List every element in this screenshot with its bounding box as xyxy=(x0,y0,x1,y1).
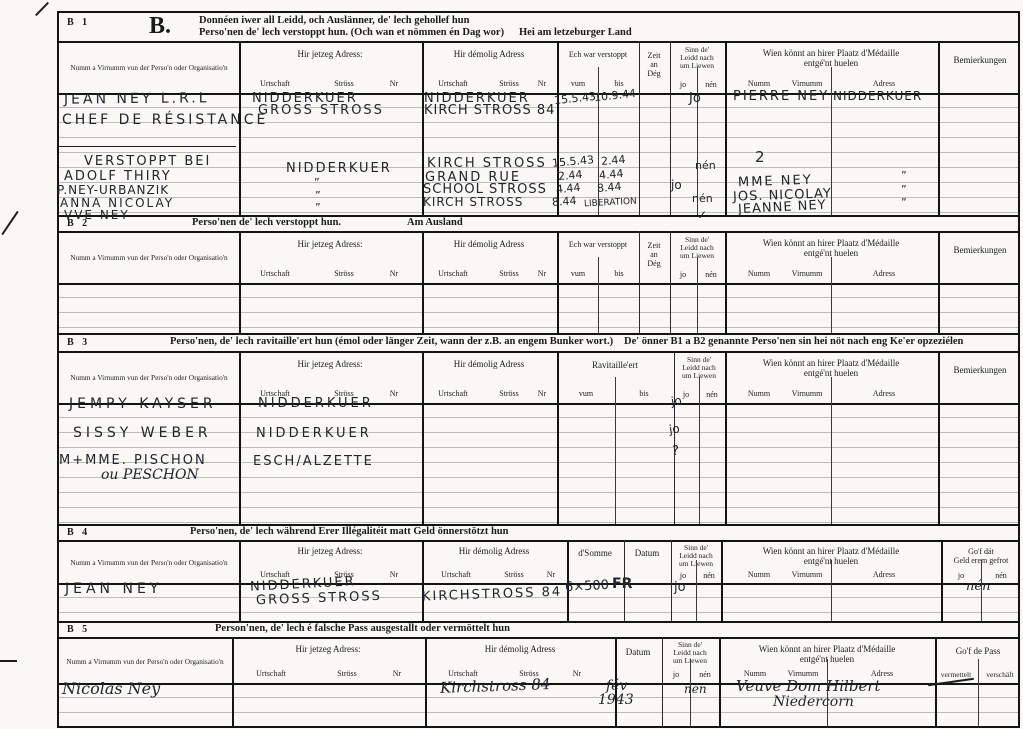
hw-b1-wien-ditto2: ” xyxy=(901,184,907,195)
b1-col-demolig-label: Hir démolig Adress xyxy=(454,49,525,59)
hw-b1-checkmark: ✓ xyxy=(697,209,707,221)
b4-title: Perso'nen, de' lech während Erer Illégal… xyxy=(190,526,508,537)
b2-demolig-nr: Nr xyxy=(538,269,546,278)
hw-b1-wien-ditto3: ” xyxy=(901,197,907,208)
b4-jetzeg-nr: Nr xyxy=(390,570,398,579)
hw-b3-sinn3: ? xyxy=(672,445,679,458)
hw-b3-jetzeg2: NIDDERKUER xyxy=(256,427,372,440)
b3-demolig-nr: Nr xyxy=(538,389,546,398)
hw-b1-row1-wien-adress: NIDDERKUER xyxy=(833,90,922,102)
b2-jetzeg-urtschaft: Urtschaft xyxy=(260,269,290,278)
b3-col-sinn-label: Sinn de'Leidd nachum Liewen xyxy=(682,356,716,380)
b1-jetzeg-stross: Ströss xyxy=(334,79,354,88)
hw-b5-wien-adress: Niedercorn xyxy=(773,695,854,709)
hw-b1-demolig-kirch: KIRCH STROSS xyxy=(427,157,547,170)
b1-jetzeg-urtschaft: Urtschaft xyxy=(260,79,290,88)
hw-b1-bis2: 2.44 xyxy=(601,154,626,167)
b2-col-wien-label1: Wien könnt an hirer Plaatz d'Médaille xyxy=(763,238,899,248)
b5-col-pass-label: Go'f de Pass xyxy=(956,646,1001,656)
b2-wien-numm: Numm xyxy=(748,269,770,278)
b3-jetzeg-nr: Nr xyxy=(390,389,398,398)
hw-b1-jetzeg-ditto3: ” xyxy=(315,202,321,213)
b3-wien-adress: Adress xyxy=(873,389,895,398)
b2-sinn-jo: jo xyxy=(680,270,686,279)
hw-b5-wien-name: Veuve Dom Hilbert xyxy=(736,679,881,694)
b4-sinn-nen: nén xyxy=(703,571,715,580)
b1-sinn-jo: jo xyxy=(680,80,686,89)
hw-b5-datum1: fév xyxy=(606,679,627,693)
b1-name-underline xyxy=(59,146,236,147)
b5-col-sinn-label: Sinn de'Leidd nachum Liewen xyxy=(673,641,707,665)
b5-col-jetzeg-label: Hir jetzeg Adress: xyxy=(296,644,361,654)
b3-sinn-jo: jo xyxy=(683,390,689,399)
b2-wien-adress: Adress xyxy=(873,269,895,278)
hw-b3-name-pischon: M+MME. PISCHON xyxy=(59,454,207,467)
b4-col-datum-label: Datum xyxy=(635,548,660,558)
b5-col-name-label: Numm a Virnumm vun der Perso'n oder Orga… xyxy=(66,657,223,666)
hw-b1-sinn-urbanzik: jo xyxy=(671,179,682,191)
b4-demolig-nr: Nr xyxy=(547,570,555,579)
b5-sinn-jo: jo xyxy=(673,670,679,679)
b4-col-wien-label2: entgé'nt huelen xyxy=(804,556,858,566)
hw-b4-geld-nen: nén xyxy=(966,580,990,593)
hw-b1-demolig-kirch2: KIRCH STROSS xyxy=(423,196,523,208)
b1-title-line1: Donnéen iwer all Leidd, och Auslänner, d… xyxy=(199,15,469,26)
b4-col-sinn-label: Sinn de'Leidd nachum Liewen xyxy=(679,544,713,568)
hw-b5-name: Nicolas Ney xyxy=(62,681,160,697)
hw-b1-wien-ditto1: ” xyxy=(901,170,907,181)
b2-title-right: Am Ausland xyxy=(407,217,463,228)
hw-b1-verstoppt-bei: VERSTOPPT BEI xyxy=(84,155,211,168)
b2-col-verstoppt-label: Ech war verstoppt xyxy=(569,240,627,249)
b5-col-wien-label2: entgé'nt huelen xyxy=(800,654,854,664)
b5-sinn-nen: nén xyxy=(699,670,711,679)
b5-jetzeg-stross: Ströss xyxy=(337,669,357,678)
b1-title-line2: Perso'nen de' lech verstoppt hun. (Och w… xyxy=(199,27,504,38)
b4-header-row: Numm a Virnumm vun der Perso'n oder Orga… xyxy=(59,542,1018,585)
b2-jetzeg-stross: Ströss xyxy=(334,269,354,278)
hw-b4-somme: 6×500 xyxy=(565,579,610,594)
b3-wien-numm: Numm xyxy=(748,389,770,398)
b2-bis: bis xyxy=(614,269,623,278)
b4-col-jetzeg-label: Hir jetzeg Adress: xyxy=(298,546,363,556)
b5-title-row: B 5 Person'nen, de' lech é falsche Pass … xyxy=(59,623,1018,639)
hw-b4-name: JEAN NEY xyxy=(65,582,162,596)
b4-geld-jo: jo xyxy=(958,571,964,580)
b4-wien-adress: Adress xyxy=(873,570,895,579)
b5-col-demolig-label: Hir démolig Adress xyxy=(485,644,556,654)
hw-b1-sinn-thiry: nén xyxy=(695,160,716,171)
hw-b1-vum2: 15.5.43 xyxy=(552,154,595,169)
hw-b1-name-vve-ney: VVE NEY xyxy=(64,209,130,221)
b2-col-bemierkungen-label: Bemierkungen xyxy=(954,245,1007,255)
b5-jetzeg-nr: Nr xyxy=(393,669,401,678)
scanned-form-page: B 1 B. Donnéen iwer all Leidd, och Auslä… xyxy=(0,0,1023,729)
hw-b5-datum2: 1943 xyxy=(598,693,634,707)
b1-big-letter: B. xyxy=(149,13,171,40)
b4-demolig-stross: Ströss xyxy=(504,570,524,579)
hw-b1-row1-name2: CHEF DE RÉSISTANCE xyxy=(62,113,268,127)
b1-title-row: B 1 B. Donnéen iwer all Leidd, och Auslä… xyxy=(59,13,1018,43)
b1-sinn-nen: nén xyxy=(705,80,717,89)
b1-header-row: Numm a Virnumm vun der Perso'n oder Orga… xyxy=(59,43,1018,95)
b5-pass-verschaft: verschäft xyxy=(986,670,1013,679)
hw-b1-jetzeg-ditto2: ” xyxy=(315,190,321,201)
b4-section-id: B 4 xyxy=(67,527,90,538)
hw-b5-sinn: nén xyxy=(684,683,707,695)
hw-b4-sinn: jo xyxy=(674,581,686,594)
hw-b1-row1-name: JEAN NEY L.R.L xyxy=(64,91,210,106)
hw-b3-jetzeg3: ESCH/ALZETTE xyxy=(253,455,374,468)
hw-b1-row1-wien-name: PIERRE NEY xyxy=(733,90,829,103)
b3-title-line1: Perso'nen, de' lech ravitaille'ert hun (… xyxy=(170,336,613,347)
b4-col-geld-label1: Go'f dät xyxy=(968,547,994,556)
b4-wien-numm: Numm xyxy=(748,570,770,579)
b3-wien-virnumm: Virnumm xyxy=(792,389,823,398)
hw-b3-name-kayser: JEMPY KAYSER xyxy=(69,397,217,411)
b2-col-name-label: Numm a Virnumm vun der Perso'n oder Orga… xyxy=(70,253,227,262)
b5-section-id: B 5 xyxy=(67,624,90,635)
b3-col-jetzeg-label: Hir jetzeg Adress: xyxy=(298,359,363,369)
b3-col-wien-label2: entgé'nt huelen xyxy=(804,368,858,378)
b4-col-geld-label2: Geld erem gefrot xyxy=(954,556,1009,565)
b2-col-wien-label2: entgé'nt huelen xyxy=(804,248,858,258)
b4-wien-virnumm: Virnumm xyxy=(792,570,823,579)
hw-b1-sinn-nicolay: nén xyxy=(692,193,713,204)
b1-jetzeg-nr: Nr xyxy=(390,79,398,88)
b1-demolig-stross: Ströss xyxy=(499,79,519,88)
b3-col-ravitailleert-label: Ravitaille'ert xyxy=(592,360,638,370)
b2-col-sinn-label: Sinn de'Leidd nachum Liewen xyxy=(680,236,714,260)
b5-col-wien-label1: Wien könnt an hirer Plaatz d'Médaille xyxy=(759,644,895,654)
hw-b3-sinn1: jo xyxy=(670,394,682,407)
b5-demolig-nr: Nr xyxy=(573,669,581,678)
hw-b3-name-peschon: ou PESCHON xyxy=(101,468,199,482)
hw-b1-row1-sinn: Jo xyxy=(689,92,701,105)
b1-col-wien-label1: Wien könnt an hirer Plaatz d'Médaille xyxy=(763,48,899,58)
b2-col-zeit-label: ZeitanDég xyxy=(647,241,660,268)
hw-b5-demolig: Kirchstross 84 xyxy=(440,677,551,696)
b5-pass-vermettelt: vermettelt xyxy=(941,670,971,679)
hw-b3-name-weber: SISSY WEBER xyxy=(73,426,212,440)
hw-b4-somme-fr: FR xyxy=(612,577,632,591)
b1-col-wien-label2: entgé'nt huelen xyxy=(804,58,858,68)
b4-geld-nen: nén xyxy=(995,571,1007,580)
b4-col-wien-label1: Wien könnt an hirer Plaatz d'Médaille xyxy=(763,546,899,556)
b1-wien-adress: Adress xyxy=(873,79,895,88)
b3-col-name-label: Numm a Virnumm vun der Perso'n oder Orga… xyxy=(70,373,227,382)
hw-b1-vum4: 4.44 xyxy=(556,182,581,195)
section-b2: B 2 Perso'nen de' lech verstoppt hun. Am… xyxy=(59,215,1018,333)
b2-title-row: B 2 Perso'nen de' lech verstoppt hun. Am… xyxy=(59,217,1018,233)
b4-sinn-jo: jo xyxy=(680,571,686,580)
b1-demolig-urtschaft: Urtschaft xyxy=(438,79,468,88)
b3-col-wien-label1: Wien könnt an hirer Plaatz d'Médaille xyxy=(763,358,899,368)
b1-col-verstoppt-label: Ech war verstoppt xyxy=(569,50,627,59)
b1-section-id: B 1 xyxy=(67,17,90,28)
margin-mark-b2 xyxy=(1,211,18,235)
hw-b1-vum5: 8.44 xyxy=(552,195,577,208)
hw-b1-row1-jetzeg2: GROSS STROSS xyxy=(258,104,384,117)
hw-b3-jetzeg1: NIDDERKUER xyxy=(258,397,374,410)
b3-bis: bis xyxy=(639,389,648,398)
b2-col-demolig-label: Hir démolig Adress xyxy=(454,239,525,249)
b1-bis: bis xyxy=(614,79,623,88)
hw-b1-row1-demolig2: KIRCH STROSS 84 xyxy=(424,104,555,117)
b2-jetzeg-nr: Nr xyxy=(390,269,398,278)
b2-sinn-nen: nén xyxy=(705,270,717,279)
hw-b1-jetzeg-ditto1: ” xyxy=(314,177,320,188)
b2-demolig-urtschaft: Urtschaft xyxy=(438,269,468,278)
section-b5: B 5 Person'nen, de' lech é falsche Pass … xyxy=(59,621,1018,726)
b1-title-right: Hei am letzeburger Land xyxy=(519,27,632,38)
margin-mark-top xyxy=(35,2,49,16)
b4-title-row: B 4 Perso'nen, de' lech während Erer Ill… xyxy=(59,526,1018,542)
b3-sinn-nen: nén xyxy=(706,390,718,399)
b1-vum: vum xyxy=(571,79,585,88)
b4-col-demolig-label: Hir démolig Adress xyxy=(459,546,530,556)
b3-section-id: B 3 xyxy=(67,337,90,348)
hw-b1-jetzeg-group: NIDDERKUER xyxy=(286,162,392,175)
section-b4: B 4 Perso'nen, de' lech während Erer Ill… xyxy=(59,524,1018,621)
hw-b1-wien-number2: 2 xyxy=(755,150,765,165)
hw-b1-name-ney-urbanzik: P.NEY-URBANZIK xyxy=(57,184,169,196)
b5-demolig-urtschaft: Urtschaft xyxy=(448,669,478,678)
b1-demolig-nr: Nr xyxy=(538,79,546,88)
b1-col-jetzeg-label: Hir jetzeg Adress: xyxy=(298,49,363,59)
b2-body xyxy=(59,285,1018,333)
b1-wien-numm: Numm xyxy=(748,79,770,88)
b3-vum: vum xyxy=(579,389,593,398)
margin-mark-b5 xyxy=(0,660,17,662)
hw-b3-sinn2: jo xyxy=(668,422,680,435)
hw-b1-bis4: 8.44 xyxy=(597,181,622,194)
b3-demolig-urtschaft: Urtschaft xyxy=(438,389,468,398)
b3-col-demolig-label: Hir démolig Adress xyxy=(454,359,525,369)
b1-col-sinn-label: Sinn de'Leidd nachum Liewen xyxy=(680,46,714,70)
b4-demolig-urtschaft: Urtschaft xyxy=(441,570,471,579)
b1-col-bemierkungen-label: Bemierkungen xyxy=(954,55,1007,65)
b4-col-name-label: Numm a Virnumm vun der Perso'n oder Orga… xyxy=(70,558,227,567)
b5-col-datum-label: Datum xyxy=(626,647,651,657)
b3-col-bemierkungen-label: Bemierkungen xyxy=(954,365,1007,375)
b3-title-row: B 3 Perso'nen, de' lech ravitaille'ert h… xyxy=(59,335,1018,353)
b1-col-name-label: Numm a Virnumm vun der Perso'n oder Orga… xyxy=(70,63,227,72)
b3-title-line2: De' önner B1 a B2 genannte Perso'nen sin… xyxy=(624,336,963,347)
b2-col-jetzeg-label: Hir jetzeg Adress: xyxy=(298,239,363,249)
b2-title: Perso'nen de' lech verstoppt hun. xyxy=(192,217,341,228)
b4-col-somme-label: d'Somme xyxy=(578,548,612,558)
b2-wien-virnumm: Virnumm xyxy=(792,269,823,278)
b1-wien-virnumm: Virnumm xyxy=(792,79,823,88)
b5-title: Person'nen, de' lech é falsche Pass ausg… xyxy=(215,623,510,634)
b3-demolig-stross: Ströss xyxy=(499,389,519,398)
hw-b1-name-thiry: ADOLF THIRY xyxy=(64,170,172,183)
b2-demolig-stross: Ströss xyxy=(499,269,519,278)
b2-header-row: Numm a Virnumm vun der Perso'n oder Orga… xyxy=(59,233,1018,285)
b2-vum: vum xyxy=(571,269,585,278)
b1-col-zeit-label: ZeitanDég xyxy=(647,51,660,78)
b5-jetzeg-urtschaft: Urtschaft xyxy=(256,669,286,678)
